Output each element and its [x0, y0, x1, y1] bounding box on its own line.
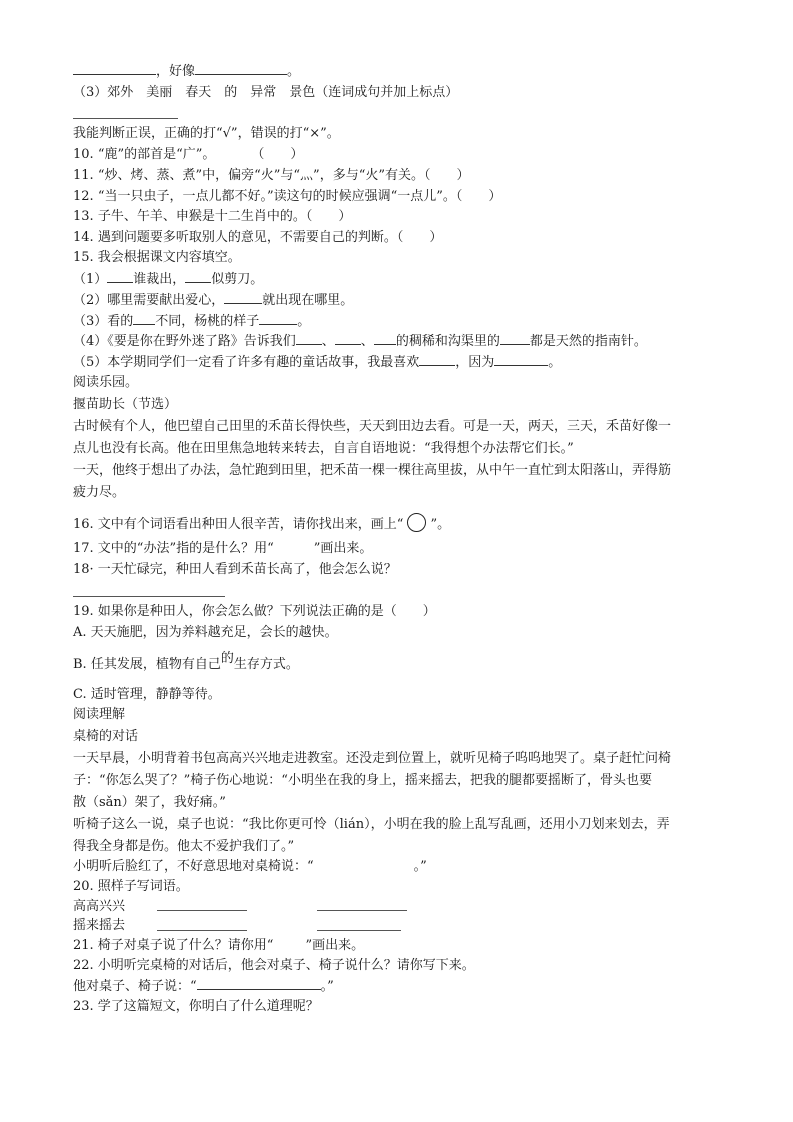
q15-item-4: （4）《要是你在野外迷了路》告诉我们、、的稠稀和沟渠里的都是天然的指南针。 — [73, 332, 647, 351]
static-text: （2）哪里需要献出爱心， — [73, 293, 224, 308]
q17: 17. 文中的“办法”指的是什么？用“”画出来。 — [73, 540, 372, 558]
question-text: 遇到问题要多听取别人的意见，不需要自己的判断。 — [98, 230, 397, 245]
q20-word-2: 摇来摇去 — [73, 917, 125, 935]
answer-blank[interactable] — [419, 353, 455, 366]
passage-text: 子：“你怎么哭了？”椅子伤心地说：“小明坐在我的身上，摇来摇去，把我的腿都要摇断… — [73, 772, 652, 790]
static-text: 。” — [414, 859, 427, 874]
q9-sentence-line: ，好像。 — [73, 62, 300, 81]
question-number: 14. — [73, 230, 94, 245]
question-text: 21. 椅子对桌子说了什么？请你用“ — [73, 938, 273, 953]
q22: 22. 小明听完桌椅的对话后，他会对桌子、椅子说什么？请你写下来。 — [73, 957, 475, 975]
reading-section-heading: 阅读乐园。 — [73, 374, 138, 392]
q19: 19. 如果你是种田人，你会怎么做？下列说法正确的是（ ） — [73, 603, 436, 621]
q15-item-5: （5）本学期同学们一定看了许多有趣的童话故事，我最喜欢，因为。 — [73, 353, 561, 372]
static-text: 。 — [287, 64, 300, 79]
answer-paren[interactable]: （ ） — [397, 230, 443, 245]
q15-item-3: （3）看的不同，杨桃的样子。 — [73, 312, 310, 331]
answer-blank[interactable] — [224, 291, 262, 304]
static-text: （1） — [73, 272, 107, 287]
q19-option-b[interactable]: B. 任其发展，植物有自己的生存方式。 — [73, 656, 299, 674]
answer-blank[interactable] — [335, 332, 361, 345]
answer-line[interactable] — [73, 118, 178, 119]
static-text: 的 — [221, 651, 234, 666]
question-text: “炒、烤、蒸、煮”中，偏旁“火”与“灬”，多与“火”有关。 — [98, 168, 424, 183]
q15-item-1: （1）谁裁出，似剪刀。 — [73, 270, 263, 289]
q19-option-c[interactable]: C. 适时管理，静静等待。 — [73, 686, 221, 704]
answer-line[interactable] — [157, 930, 247, 931]
question-number: 13. — [73, 209, 94, 224]
static-text: ”画出来。 — [314, 541, 373, 556]
passage-text: 一天，他终于想出了办法，急忙跑到田里，把禾苗一棵一棵往高里拔，从中午一直忙到太阳… — [73, 462, 671, 480]
question-text: 子牛、午羊、申猴是十二生肖中的。 — [98, 209, 306, 224]
static-text: 他对桌子、椅子说：“ — [73, 979, 197, 994]
passage-text: 一天早晨，小明背着书包高高兴兴地走进教室。还没走到位置上，就听见椅子呜呜地哭了。… — [73, 750, 671, 768]
passage-title: 桌椅的对话 — [73, 728, 138, 746]
question-text: “鹿”的部首是“广”。 — [98, 147, 216, 162]
static-text: （4）《要是你在野外迷了路》告诉我们 — [73, 334, 296, 349]
q18: 18· 一天忙碌完，种田人看到禾苗长高了，他会怎么说？ — [73, 561, 397, 579]
answer-blank[interactable] — [133, 312, 155, 325]
circle-mark-icon — [407, 513, 426, 532]
passage-text: 散（sǎn）架了，我好痛。” — [73, 794, 226, 812]
static-text: B. 任其发展，植物有自己 — [73, 657, 221, 672]
static-text: 都是天然的指南针。 — [530, 334, 647, 349]
static-text: ”。 — [430, 517, 450, 532]
judge-question-14: 14. 遇到问题要多听取别人的意见，不需要自己的判断。（ ） — [73, 229, 442, 247]
q23: 23. 学了这篇短文，你明白了什么道理呢？ — [73, 998, 319, 1016]
q9-3-prompt: （3）郊外 美丽 春天 的 异常 景色（连词成句并加上标点） — [73, 84, 458, 102]
static-text: 不同，杨桃的样子 — [155, 314, 259, 329]
q15-item-2: （2）哪里需要献出爱心，就出现在哪里。 — [73, 291, 353, 310]
question-text: “当一只虫子，一点儿都不好。”读这句的时候应强调“一点儿”。 — [98, 189, 456, 204]
static-text: 似剪刀。 — [211, 272, 263, 287]
passage-title: 揠苗助长（节选） — [73, 396, 177, 414]
q16: 16. 文中有个词语看出种田人很辛苦，请你找出来，画上“”。 — [73, 513, 450, 534]
answer-blank[interactable] — [107, 270, 133, 283]
answer-blank[interactable] — [500, 332, 530, 345]
static-text: 谁裁出， — [133, 272, 185, 287]
passage-text: 得我全身都是伤。他太不爱护我们了。” — [73, 838, 294, 856]
reading-section-heading: 阅读理解 — [73, 706, 125, 724]
answer-blank[interactable] — [185, 270, 211, 283]
static-text: ，好像 — [156, 64, 195, 79]
static-text: 小明听后脸红了，不好意思地对桌椅说：“ — [73, 859, 314, 874]
q21: 21. 椅子对桌子说了什么？请你用“”画出来。 — [73, 937, 364, 955]
answer-blank[interactable] — [494, 353, 548, 366]
judge-question-10: 10. “鹿”的部首是“广”。（ ） — [73, 146, 303, 164]
static-text: ，因为 — [455, 355, 494, 370]
answer-blank[interactable] — [195, 62, 287, 75]
q20-title: 20. 照样子写词语。 — [73, 878, 189, 896]
question-text: 17. 文中的“办法”指的是什么？用“ — [73, 541, 274, 556]
judge-question-12: 12. “当一只虫子，一点儿都不好。”读这句的时候应强调“一点儿”。（ ） — [73, 188, 501, 206]
passage-text: 疲力尽。 — [73, 484, 125, 502]
static-text: ”画出来。 — [305, 938, 364, 953]
answer-line[interactable] — [317, 930, 401, 931]
q15-title: 15. 我会根据课文内容填空。 — [73, 249, 241, 267]
passage-text: 点儿也没有长高。他在田里焦急地转来转去，自言自语地说：“我得想个办法帮它们长。” — [73, 440, 574, 458]
question-number: 12. — [73, 189, 94, 204]
static-text: 。 — [548, 355, 561, 370]
passage-text: 古时候有个人，他巴望自己田里的禾苗长得快些，天天到田边去看。可是一天，两天，三天… — [73, 418, 671, 436]
answer-blank[interactable] — [296, 332, 322, 345]
static-text: 就出现在哪里。 — [262, 293, 353, 308]
static-text: 生存方式。 — [234, 657, 299, 672]
answer-blank[interactable] — [197, 977, 321, 990]
static-text: 的稠稀和沟渠里的 — [396, 334, 500, 349]
question-number: 11. — [73, 168, 94, 183]
judge-instructions: 我能判断正误，正确的打“√”，错误的打“×”。 — [73, 125, 340, 143]
static-text: 。 — [297, 314, 310, 329]
static-text: 、 — [322, 334, 335, 349]
judge-question-11: 11. “炒、烤、蒸、煮”中，偏旁“火”与“灬”，多与“火”有关。（ ） — [73, 167, 470, 185]
static-text: 、 — [361, 334, 374, 349]
q20-word-1: 高高兴兴 — [73, 898, 125, 916]
answer-blank[interactable] — [73, 62, 156, 75]
question-text: 16. 文中有个词语看出种田人很辛苦，请你找出来，画上“ — [73, 517, 403, 532]
q19-option-a[interactable]: A. 天天施肥，因为养料越充足，会长的越快。 — [73, 624, 338, 642]
static-text: （5）本学期同学们一定看了许多有趣的童话故事，我最喜欢 — [73, 355, 419, 370]
answer-line[interactable] — [317, 910, 407, 911]
static-text: （3）看的 — [73, 314, 133, 329]
static-text: 。” — [321, 979, 334, 994]
question-number: 10. — [73, 147, 94, 162]
answer-paren[interactable]: （ ） — [251, 147, 303, 162]
answer-blank[interactable] — [374, 332, 396, 345]
answer-line[interactable] — [73, 596, 225, 597]
answer-line[interactable] — [157, 910, 247, 911]
q22-answer-line: 他对桌子、椅子说：“。” — [73, 977, 334, 996]
answer-paren[interactable]: （ ） — [306, 209, 352, 224]
passage-text: 小明听后脸红了，不好意思地对桌椅说：“。” — [73, 858, 427, 876]
passage-text: 听椅子这么一说，桌子也说：“我比你更可怜（lián），小明在我的脸上乱写乱画，还… — [73, 816, 670, 834]
judge-question-13: 13. 子牛、午羊、申猴是十二生肖中的。（ ） — [73, 208, 351, 226]
answer-blank[interactable] — [259, 312, 297, 325]
answer-paren[interactable]: （ ） — [456, 189, 502, 204]
answer-paren[interactable]: （ ） — [424, 168, 470, 183]
